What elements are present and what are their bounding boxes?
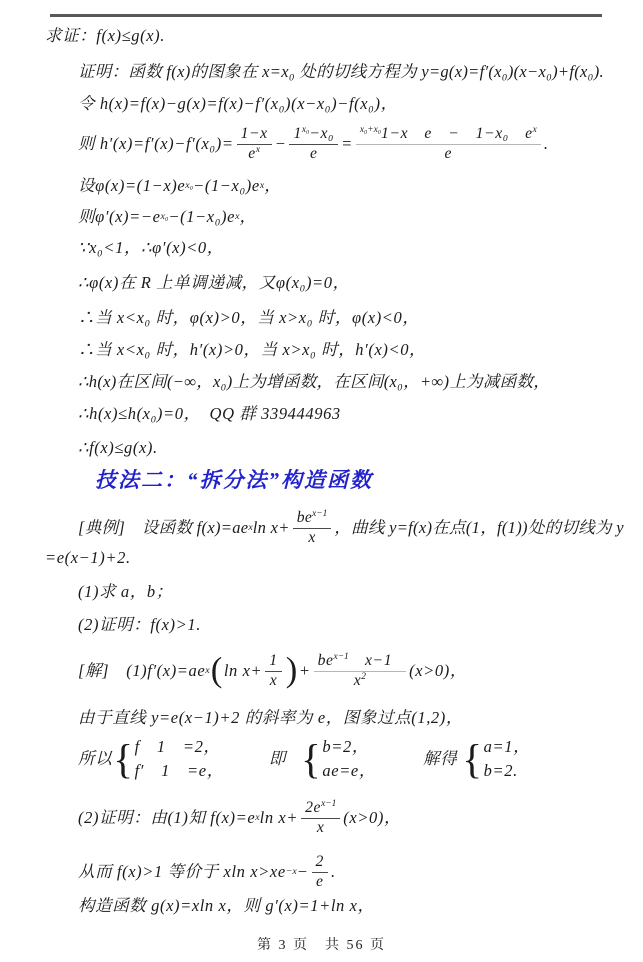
math-seg: = [341, 134, 353, 155]
math-seg: −(1−x₀)e [168, 207, 235, 228]
math-seg: 1−x e − 1−x₀ e [381, 125, 533, 142]
math-seg: − [297, 862, 309, 883]
math-seg: . [331, 862, 336, 883]
proof-line-x0-lt-1: ∵x₀<1，∴φ′(x)<0， [78, 238, 224, 259]
example-statement-line: [典例] 设函数 f(x)=aexln x+ bex−1 x ，曲线 y=f(x… [78, 502, 624, 554]
fraction-denominator: e [308, 145, 320, 164]
example-statement-cont: =e(x−1)+2. [45, 548, 131, 569]
proof-conclusion: ∴f(x)≤g(x). [78, 438, 158, 459]
fraction-numerator: 1−x [237, 125, 272, 145]
left-brace: { [113, 743, 133, 776]
equivalence-line: 从而 f(x)>1 等价于 xln x>xe−x− 2 e . [78, 846, 336, 898]
fraction-denominator: x [315, 819, 327, 838]
math-seg: + [299, 661, 311, 682]
math-seg: −x₀ [309, 125, 334, 142]
math-seg: (2)证明：由(1)知 f(x)=e [78, 808, 255, 829]
math-seg: be [297, 509, 312, 526]
document-page: 求证：f(x)≤g(x). 证明：函数 f(x)的图象在 x=x₀ 处的切线方程… [0, 0, 643, 962]
fraction-numerator: x₀+x₀1−x e − 1−x₀ ex [356, 125, 541, 145]
proof2-function-line: (2)证明：由(1)知 f(x)=exln x+ 2ex−1 x (x>0)， [78, 790, 401, 846]
equation-row: f′ 1 =e， [135, 759, 224, 783]
superscript: x−1 [334, 651, 349, 661]
math-seg: 1 [293, 125, 301, 142]
superscript: x₀+x₀ [360, 124, 381, 134]
formula-h-derivative: 则 h′(x)=f′(x)−f′(x₀)= 1−x ex − 1x₀−x₀ e … [78, 118, 549, 170]
proof-line-phi-sign: ∴当 x<x₀ 时，φ(x)>0，当 x>x₀ 时，φ(x)<0， [78, 308, 420, 329]
fraction: 1−x ex [237, 125, 272, 164]
right-paren: ) [286, 656, 298, 685]
page-footer: 第 3 页 共 56 页 [0, 934, 643, 954]
math-seg: ln x+ [260, 808, 298, 829]
left-brace: { [301, 743, 321, 776]
equation-systems-line: 所以 { f 1 =2， f′ 1 =e， 即 { b=2， ae=e， 解得 … [78, 729, 530, 789]
superscript: x−1 [321, 798, 336, 808]
math-seg: ln x+ [253, 518, 290, 539]
fraction-numerator: bex−1 [293, 509, 332, 529]
math-seg: e [248, 145, 256, 162]
construct-function-line: 构造函数 g(x)=xln x，则 g′(x)=1+ln x， [78, 896, 375, 917]
math-seg: [典例] 设函数 f(x)=ae [78, 518, 248, 539]
equation-row: b=2， [322, 735, 376, 759]
fraction-numerator: bex−1 x−1 [314, 652, 407, 672]
fraction-numerator: 1x₀−x₀ [289, 125, 338, 145]
math-seg: x−1 [349, 652, 392, 669]
proof-line-monotonic: ∴φ(x)在 R 上单调递减，又φ(x₀)=0， [78, 273, 350, 294]
math-seg: 设φ(x)=(1−x)e [78, 176, 185, 197]
math-seg: 所以 [78, 749, 112, 770]
math-seg: 从而 f(x)>1 等价于 xln x>xe [78, 862, 286, 883]
superscript: x₀ [185, 181, 193, 191]
math-seg: 解得 [406, 749, 457, 770]
fraction: bex−1 x−1 x2 [314, 652, 407, 691]
fraction-numerator: 1 [265, 652, 281, 672]
math-seg: be [318, 652, 334, 669]
header-rule [50, 14, 602, 17]
superscript: x−1 [312, 508, 327, 518]
math-seg: 则φ′(x)=−e [78, 207, 161, 228]
equation-system: a=1， b=2. [484, 735, 531, 783]
fraction-denominator: x [306, 529, 317, 548]
proof-line-h-max: ∴h(x)≤h(x₀)=0， QQ 群 339444963 [78, 404, 341, 425]
math-seg: 则 h′(x)=f′(x)−f′(x₀)= [78, 134, 234, 155]
superscript: −x [286, 867, 297, 877]
proof-goal-line: 求证：f(x)≤g(x). [45, 26, 165, 47]
proof-line-hprime-sign: ∴当 x<x₀ 时，h′(x)>0，当 x>x₀ 时，h′(x)<0， [78, 340, 426, 361]
proof-line-phi-def: 设φ(x)=(1−x)ex₀−(1−x₀)ex， [78, 176, 281, 197]
proof-line-tangent: 证明：函数 f(x)的图象在 x=x₀ 处的切线方程为 y=g(x)=f′(x₀… [78, 62, 604, 83]
question-2: (2)证明：f(x)>1. [78, 615, 201, 636]
superscript: x [533, 124, 537, 134]
fraction-denominator: x2 [352, 672, 368, 691]
math-seg: [解] (1)f′(x)=ae [78, 661, 205, 682]
superscript: 2 [361, 671, 366, 681]
equation-row: a=1， [484, 735, 531, 759]
math-seg: ，曲线 y=f(x)在点(1，f(1))处的切线为 y [334, 518, 624, 539]
slope-line: 由于直线 y=e(x−1)+2 的斜率为 e，图象过点(1,2)， [78, 708, 463, 729]
proof-line-intervals: ∴h(x)在区间(−∞，x₀)上为增函数，在区间(x₀，+∞)上为减函数， [78, 372, 550, 393]
math-seg: ， [264, 176, 281, 197]
left-brace: { [462, 743, 482, 776]
solution-derivative-formula: [解] (1)f′(x)=aex ( ln x+ 1 x ) + bex−1 x… [78, 638, 467, 704]
math-seg: (x>0)， [409, 661, 467, 682]
fraction: 2ex−1 x [301, 799, 340, 838]
math-seg: . [544, 134, 549, 155]
math-seg: − [275, 134, 287, 155]
math-seg: ln x+ [224, 661, 262, 682]
proof-line-h-def: 令 h(x)=f(x)−g(x)=f(x)−f′(x₀)(x−x₀)−f(x₀)… [78, 94, 398, 115]
fraction-numerator: 2ex−1 [301, 799, 340, 819]
math-seg: −(1−x₀)e [193, 176, 260, 197]
fraction: 2 e [312, 853, 328, 892]
equation-system: b=2， ae=e， [322, 735, 376, 783]
fraction-denominator: x [268, 672, 280, 691]
math-seg: 2e [305, 799, 321, 816]
equation-row: ae=e， [322, 759, 376, 783]
question-1: (1)求 a，b； [78, 582, 173, 603]
fraction: bex−1 x [293, 509, 332, 548]
math-seg: ， [239, 207, 256, 228]
superscript: x₀ [161, 212, 169, 222]
fraction-numerator: 2 [312, 853, 328, 873]
left-paren: ( [211, 656, 223, 685]
fraction: 1x₀−x₀ e [289, 125, 338, 164]
equation-row: f 1 =2， [135, 735, 224, 759]
proof-line-phi-derivative: 则φ′(x)=−ex₀−(1−x₀)ex， [78, 207, 257, 228]
equation-system: f 1 =2， f′ 1 =e， [135, 735, 224, 783]
fraction-denominator: ex [246, 145, 262, 164]
fraction: 1 x [265, 652, 281, 691]
math-seg: 即 [252, 749, 286, 770]
superscript: x [205, 666, 209, 676]
math-seg: (x>0)， [343, 808, 401, 829]
section-heading: 技法二：“拆分法”构造函数 [95, 464, 373, 494]
equation-row: b=2. [484, 759, 531, 783]
fraction-denominator: e [314, 873, 326, 892]
superscript: x [256, 144, 260, 154]
fraction-denominator: e [443, 145, 455, 164]
fraction: x₀+x₀1−x e − 1−x₀ ex e [356, 125, 541, 164]
